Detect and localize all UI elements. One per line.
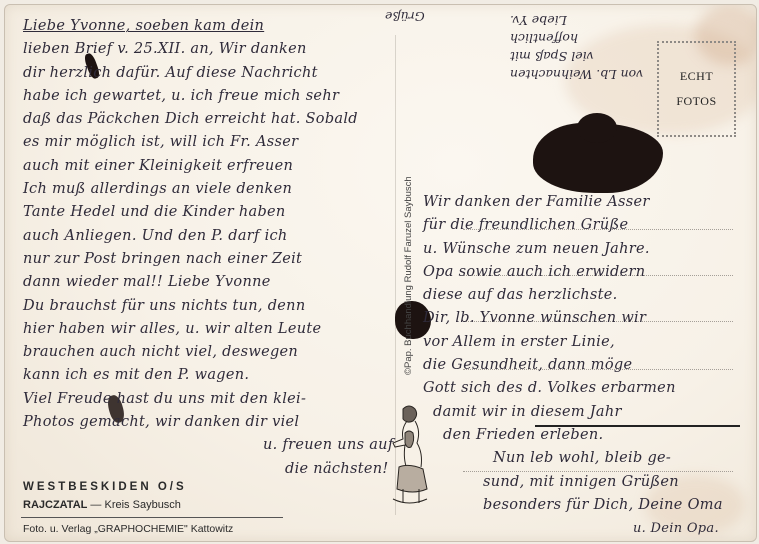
message-line: Wir danken der Familie Asser (423, 191, 723, 214)
publisher-credit: Foto. u. Verlag „GRAPHOCHEMIE" Kattowitz (23, 523, 233, 535)
message-line: es mir möglich ist, will ich Fr. Asser (23, 131, 393, 154)
location-district: Kreis Saybusch (105, 499, 181, 511)
left-message: Liebe Yvonne, soeben kam dein lieben Bri… (23, 15, 393, 481)
ink-blot (577, 113, 617, 143)
upside-down-note: von Lb. Weihnachten viel Spaß mit hoffen… (510, 11, 643, 83)
message-line: den Frieden erleben. (423, 424, 723, 447)
message-line: Liebe Yvonne, soeben kam dein (23, 15, 393, 38)
message-line: Photos gemacht, wir danken dir viel (23, 411, 393, 434)
message-line: brauchen auch nicht viel, deswegen (23, 341, 393, 364)
location-title: WESTBESKIDEN O/S (23, 481, 187, 493)
message-line: hier haben wir alles, u. wir alten Leute (23, 318, 393, 341)
location-subtitle: RAJCZATAL — Kreis Saybusch (23, 499, 181, 511)
message-line: habe ich gewartet, u. ich freue mich seh… (23, 85, 393, 108)
caption-rule (21, 517, 283, 518)
message-line: Gott sich des d. Volkes erbarmen (423, 377, 723, 400)
message-line: Opa sowie auch ich erwidern (423, 261, 723, 284)
message-line: die Gesundheit, dann möge (423, 354, 723, 377)
message-line: dir herzlich dafür. Auf diese Nachricht (23, 62, 393, 85)
postcard-back: Grüße von Lb. Weihnachten viel Spaß mit … (4, 4, 757, 542)
message-line: u. freuen uns auf (23, 434, 393, 457)
location-region: RAJCZATAL (23, 499, 87, 511)
message-line: diese auf das herzlichste. (423, 284, 723, 307)
message-line: für die freundlichen Grüße (423, 214, 723, 237)
upside-note-line: Liebe Yv. (510, 11, 643, 29)
message-line: u. Wünsche zum neuen Jahre. (423, 238, 723, 261)
message-line: die nächsten! (23, 458, 393, 481)
message-line: lieben Brief v. 25.XII. an, Wir danken (23, 38, 393, 61)
message-line: kann ich es mit den P. wagen. (23, 364, 393, 387)
stamp-box: ECHT FOTOS (657, 41, 736, 137)
message-line: dann wieder mal!! Liebe Yvonne (23, 271, 393, 294)
message-line: u. Dein Opa. (423, 517, 723, 540)
message-line: nur zur Post bringen nach einer Zeit (23, 248, 393, 271)
message-line: sund, mit innigen Grüßen (423, 471, 723, 494)
upside-note-line: viel Spaß mit (510, 47, 643, 65)
message-line: auch mit einer Kleinigkeit erfreuen (23, 155, 393, 178)
stamp-box-line2: FOTOS (676, 94, 716, 109)
message-line: Dir, lb. Yvonne wünschen wir (423, 307, 723, 330)
message-line: daß das Päckchen Dich erreicht hat. Soba… (23, 108, 393, 131)
message-line: auch Anliegen. Und den P. darf ich (23, 225, 393, 248)
publisher-imprint-vertical: ©Pap. Buchhandlung Rudolf Faruzel Saybus… (403, 176, 414, 375)
message-line: Nun leb wohl, bleib ge- (423, 447, 723, 470)
folk-figure-illustration (385, 403, 433, 513)
right-message: Wir danken der Familie Asser für die fre… (423, 191, 723, 540)
upside-note-line: von Lb. Weihnachten (510, 65, 643, 83)
stamp-box-line1: ECHT (680, 69, 713, 84)
message-line: Ich muß allerdings an viele denken (23, 178, 393, 201)
message-line: vor Allem in erster Linie, (423, 331, 723, 354)
message-line: Du brauchst für uns nichts tun, denn (23, 295, 393, 318)
message-line: Tante Hedel und die Kinder haben (23, 201, 393, 224)
message-line: besonders für Dich, Deine Oma (423, 494, 723, 517)
message-line: Viel Freude hast du uns mit den klei- (23, 388, 393, 411)
upside-note-line: hoffentlich (510, 29, 643, 47)
message-line: damit wir in diesem Jahr (423, 401, 723, 424)
